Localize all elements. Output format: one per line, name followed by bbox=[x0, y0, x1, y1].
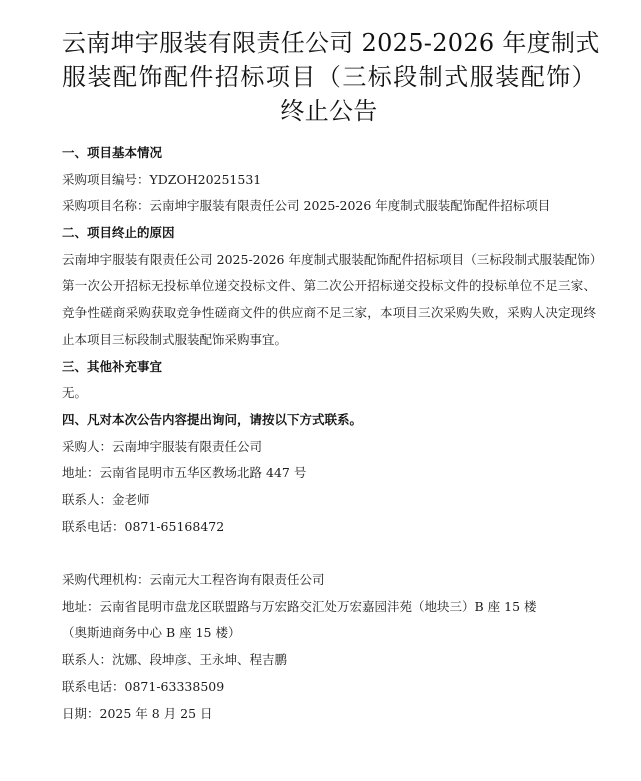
agency-phone-label: 联系电话： bbox=[62, 679, 125, 694]
date-row: 日期：2025 年 8 月 25 日 bbox=[62, 701, 596, 728]
purchaser-address-row: 地址：云南省昆明市五华区教场北路 447 号 bbox=[62, 460, 596, 487]
agency-contact-row: 联系人：沈娜、段坤彦、王永坤、程吉鹏 bbox=[62, 647, 596, 674]
announcement-title: 云南坤宇服装有限责任公司 2025-2026 年度制式 服装配饰配件招标项目（三… bbox=[62, 26, 596, 128]
project-code-row: 采购项目编号：YDZOH20251531 bbox=[62, 167, 596, 194]
agency-address-label: 地址： bbox=[62, 599, 100, 614]
section-2-heading: 二、项目终止的原因 bbox=[62, 220, 596, 247]
agency-name-label: 采购代理机构： bbox=[62, 572, 150, 587]
purchaser-phone-row: 联系电话：0871-65168472 bbox=[62, 514, 596, 541]
purchaser-address-value: 云南省昆明市五华区教场北路 447 号 bbox=[100, 465, 307, 480]
blank-line bbox=[62, 540, 596, 567]
agency-phone-value: 0871-63338509 bbox=[125, 679, 225, 694]
agency-name-row: 采购代理机构：云南元大工程咨询有限责任公司 bbox=[62, 567, 596, 594]
title-line-1: 云南坤宇服装有限责任公司 2025-2026 年度制式 bbox=[62, 26, 596, 60]
agency-address-row: 地址：云南省昆明市盘龙区联盟路与万宏路交汇处万宏嘉园沣苑（地块三）B 座 15 … bbox=[62, 594, 596, 621]
section-4-heading: 四、凡对本次公告内容提出询问，请按以下方式联系。 bbox=[62, 407, 596, 434]
date-label: 日期： bbox=[62, 706, 100, 721]
supplementary-content: 无。 bbox=[62, 380, 596, 407]
purchaser-phone-value: 0871-65168472 bbox=[125, 519, 225, 534]
agency-phone-row: 联系电话：0871-63338509 bbox=[62, 674, 596, 701]
project-name-value: 云南坤宇服装有限责任公司 2025-2026 年度制式服装配饰配件招标项目 bbox=[150, 198, 551, 213]
agency-name-value: 云南元大工程咨询有限责任公司 bbox=[150, 572, 325, 587]
section-3-heading: 三、其他补充事宜 bbox=[62, 354, 596, 381]
purchaser-address-label: 地址： bbox=[62, 465, 100, 480]
purchaser-phone-label: 联系电话： bbox=[62, 519, 125, 534]
announcement-page: 云南坤宇服装有限责任公司 2025-2026 年度制式 服装配饰配件招标项目（三… bbox=[0, 0, 641, 781]
date-value: 2025 年 8 月 25 日 bbox=[100, 706, 213, 721]
termination-reason-paragraph: 云南坤宇服装有限责任公司 2025-2026 年度制式服装配饰配件招标项目（三标… bbox=[62, 247, 596, 354]
purchaser-name-label: 采购人： bbox=[62, 439, 112, 454]
project-code-label: 采购项目编号： bbox=[62, 172, 150, 187]
project-code-value: YDZOH20251531 bbox=[150, 172, 262, 187]
agency-address-continuation: （奥斯迪商务中心 B 座 15 楼） bbox=[62, 620, 596, 647]
title-line-3: 终止公告 bbox=[62, 94, 596, 128]
agency-address-value: 云南省昆明市盘龙区联盟路与万宏路交汇处万宏嘉园沣苑（地块三）B 座 15 楼 bbox=[100, 599, 537, 614]
purchaser-contact-row: 联系人：金老师 bbox=[62, 487, 596, 514]
project-name-row: 采购项目名称：云南坤宇服装有限责任公司 2025-2026 年度制式服装配饰配件… bbox=[62, 193, 596, 220]
purchaser-name-value: 云南坤宇服装有限责任公司 bbox=[112, 439, 262, 454]
section-1-heading: 一、项目基本情况 bbox=[62, 140, 596, 167]
purchaser-contact-value: 金老师 bbox=[112, 492, 150, 507]
title-line-2: 服装配饰配件招标项目（三标段制式服装配饰） bbox=[62, 60, 596, 94]
agency-contact-label: 联系人： bbox=[62, 652, 112, 667]
purchaser-name-row: 采购人：云南坤宇服装有限责任公司 bbox=[62, 434, 596, 461]
agency-contact-value: 沈娜、段坤彦、王永坤、程吉鹏 bbox=[112, 652, 287, 667]
project-name-label: 采购项目名称： bbox=[62, 198, 150, 213]
announcement-body: 一、项目基本情况 采购项目编号：YDZOH20251531 采购项目名称：云南坤… bbox=[62, 140, 596, 727]
purchaser-contact-label: 联系人： bbox=[62, 492, 112, 507]
